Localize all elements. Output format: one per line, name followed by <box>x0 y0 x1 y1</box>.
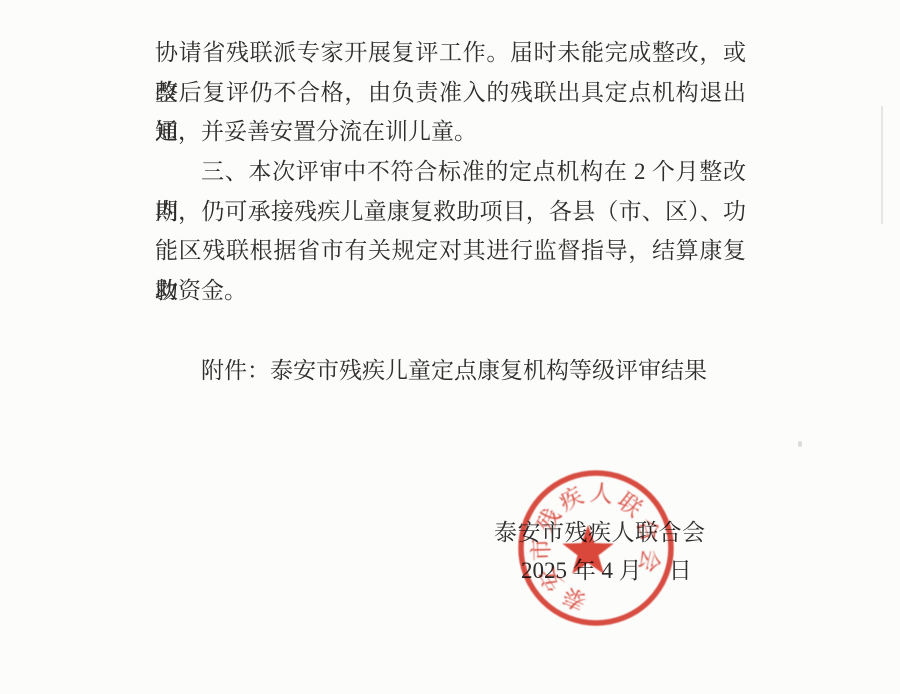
attachment-line: 附件：泰安市残疾儿童定点康复机构等级评审结果 <box>155 351 746 391</box>
scan-edge-artifact <box>881 106 883 224</box>
body-line: 能区残联根据省市有关规定对其进行监督指导，结算康复救 <box>155 231 746 271</box>
body-line: 协请省残联派专家开展复评工作。届时未能完成整改，或整 <box>155 33 746 73</box>
document-page: 协请省残联派专家开展复评工作。届时未能完成整改，或整 改后复评仍不合格，由负责准… <box>0 0 900 694</box>
body-line: 知，并妥善安置分流在训儿童。 <box>155 112 746 152</box>
body-line: 助资金。 <box>155 271 746 311</box>
body-line: 内，仍可承接残疾儿童康复救助项目，各县（市、区）、功 <box>155 192 746 232</box>
official-seal: 泰安市残疾人联合会 <box>510 462 682 634</box>
document-body: 协请省残联派专家开展复评工作。届时未能完成整改，或整 改后复评仍不合格，由负责准… <box>155 33 746 311</box>
star-icon <box>562 525 613 574</box>
body-line: 改后复评仍不合格，由负责准入的残联出具定点机构退出通 <box>155 73 746 113</box>
body-line: 三、本次评审中不符合标准的定点机构在 2 个月整改期 <box>155 152 746 192</box>
scan-speck-artifact <box>798 441 802 447</box>
